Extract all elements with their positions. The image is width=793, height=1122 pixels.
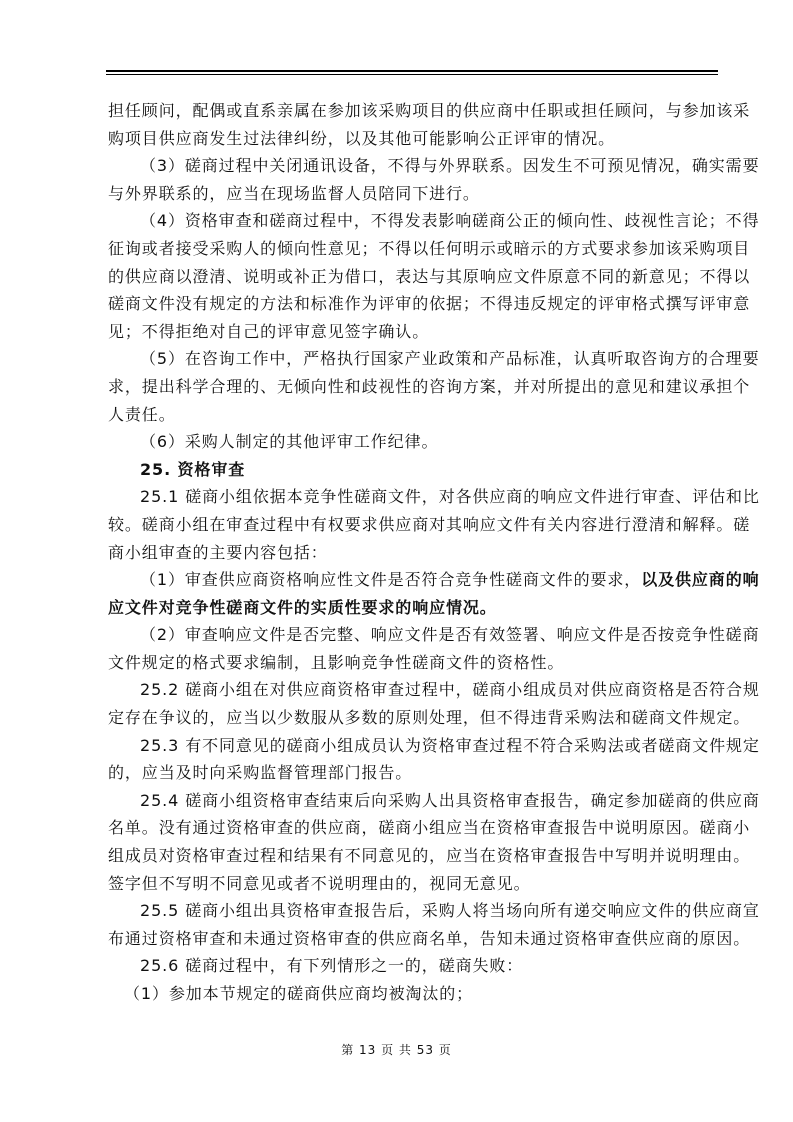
paragraph-line: 征询或者接受采购人的倾向性意见；不得以任何明示或暗示的方式要求参加该采购项目 — [108, 235, 720, 263]
paragraph-line: 人责任。 — [108, 401, 720, 429]
paragraph-line: 磋商文件没有规定的方法和标准作为评审的依据；不得违反规定的评审格式撰写评审意 — [108, 290, 720, 318]
paragraph-line: （5）在咨询工作中，严格执行国家产业政策和产品标准，认真听取咨询方的合理要 — [108, 345, 720, 373]
document-body: 担任顾问，配偶或直系亲属在参加该采购项目的供应商中任职或担任顾问，与参加该采 购… — [108, 97, 720, 1008]
paragraph-line: 25.6 磋商过程中，有下列情形之一的，磋商失败： — [108, 952, 720, 980]
paragraph-line: 的，应当及时向采购监督管理部门报告。 — [108, 759, 720, 787]
section-heading: 25. 资格审查 — [108, 456, 720, 484]
paragraph-line: （6）采购人制定的其他评审工作纪律。 — [108, 428, 720, 456]
paragraph-line: 25.4 磋商小组资格审查结束后向采购人出具资格审查报告，确定参加磋商的供应商 — [108, 787, 720, 815]
paragraph-line: （2）审查响应文件是否完整、响应文件是否有效签署、响应文件是否按竞争性磋商 — [108, 621, 720, 649]
paragraph-line: 较。磋商小组在审查过程中有权要求供应商对其响应文件有关内容进行澄清和解释。磋 — [108, 511, 720, 539]
paragraph-line: 求，提出科学合理的、无倾向性和歧视性的咨询方案，并对所提出的意见和建议承担个 — [108, 373, 720, 401]
item1-normal-text: （1）审查供应商资格响应性文件是否符合竞争性磋商文件的要求， — [140, 570, 641, 589]
item1-bold-text: 以及供应商的响 — [641, 570, 759, 589]
paragraph-line: 25.1 磋商小组依据本竞争性磋商文件，对各供应商的响应文件进行审查、评估和比 — [108, 483, 720, 511]
paragraph-line: 购项目供应商发生过法律纠纷，以及其他可能影响公正评审的情况。 — [108, 125, 720, 153]
paragraph-line: 定存在争议的，应当以少数服从多数的原则处理，但不得违背采购法和磋商文件规定。 — [108, 704, 720, 732]
paragraph-line: （3）磋商过程中关闭通讯设备，不得与外界联系。因发生不可预见情况，确实需要 — [108, 152, 720, 180]
paragraph-line: （1）参加本节规定的磋商供应商均被淘汰的； — [108, 980, 720, 1008]
paragraph-line: （4）资格审查和磋商过程中，不得发表影响磋商公正的倾向性、歧视性言论；不得 — [108, 207, 720, 235]
paragraph-line: 25.5 磋商小组出具资格审查报告后，采购人将当场向所有递交响应文件的供应商宣 — [108, 897, 720, 925]
paragraph-line: 25.3 有不同意见的磋商小组成员认为资格审查过程不符合采购法或者磋商文件规定 — [108, 732, 720, 760]
paragraph-line-mixed: （1）审查供应商资格响应性文件是否符合竞争性磋商文件的要求，以及供应商的响 — [108, 566, 720, 594]
paragraph-line: 的供应商以澄清、说明或补正为借口，表达与其原响应文件原意不同的新意见；不得以 — [108, 263, 720, 291]
paragraph-line: 签字但不写明不同意见或者不说明理由的，视同无意见。 — [108, 870, 720, 898]
paragraph-line: 文件规定的格式要求编制，且影响竞争性磋商文件的资格性。 — [108, 649, 720, 677]
paragraph-line-bold: 应文件对竞争性磋商文件的实质性要求的响应情况。 — [108, 594, 720, 622]
paragraph-line: 商小组审查的主要内容包括： — [108, 539, 720, 567]
paragraph-line: 布通过资格审查和未通过资格审查的供应商名单，告知未通过资格审查供应商的原因。 — [108, 925, 720, 953]
paragraph-line: 组成员对资格审查过程和结果有不同意见的，应当在资格审查报告中写明并说明理由。 — [108, 842, 720, 870]
header-rule-thin — [106, 74, 718, 75]
paragraph-line: 名单。没有通过资格审查的供应商，磋商小组应当在资格审查报告中说明原因。磋商小 — [108, 814, 720, 842]
paragraph-line: 见；不得拒绝对自己的评审意见签字确认。 — [108, 318, 720, 346]
paragraph-line: 与外界联系的，应当在现场监督人员陪同下进行。 — [108, 180, 720, 208]
header-rule-thick — [106, 70, 718, 72]
paragraph-line: 25.2 磋商小组在对供应商资格审查过程中，磋商小组成员对供应商资格是否符合规 — [108, 676, 720, 704]
page-number-footer: 第 13 页 共 53 页 — [0, 1041, 793, 1058]
paragraph-line: 担任顾问，配偶或直系亲属在参加该采购项目的供应商中任职或担任顾问，与参加该采 — [108, 97, 720, 125]
